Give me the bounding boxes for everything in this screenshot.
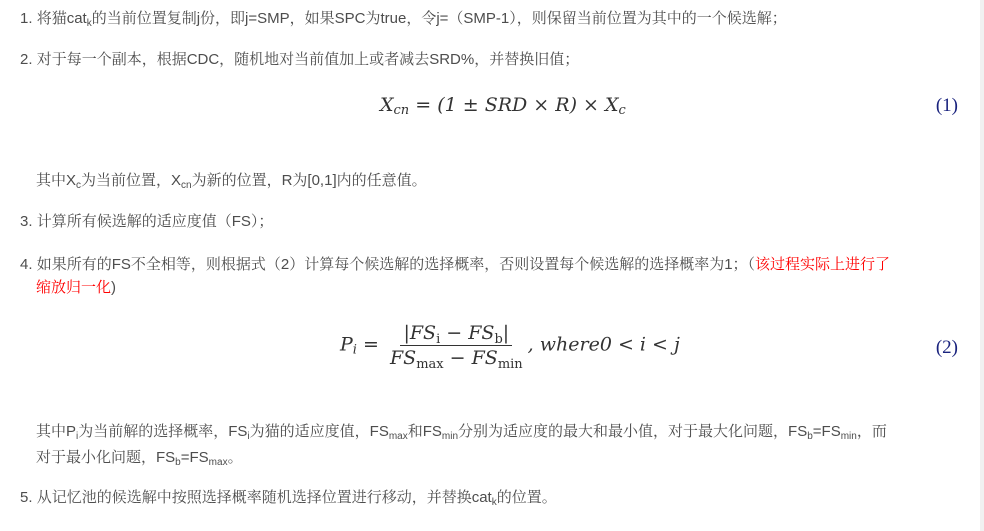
eq-condition: , where0 < i < j — [528, 334, 680, 356]
step-1: 1. 将猫catk的当前位置复制j份，即j=SMP，如果SPC为true，令j=… — [20, 8, 787, 30]
step-text: ) — [111, 279, 116, 296]
step-number: 1. — [20, 10, 33, 27]
step-3: 3. 计算所有候选解的适应度值（FS）； — [20, 211, 273, 233]
step-number: 4. — [20, 256, 33, 273]
subscript: cn — [181, 180, 192, 191]
equation-number-2: (2) — [936, 337, 958, 359]
eq-lhs: P — [340, 334, 353, 356]
step-text: 计算所有候选解的适应度值（FS）； — [37, 213, 274, 230]
note-text: 为新的位置，R为[0,1]内的任意值。 — [192, 172, 427, 189]
highlight-text: 缩放归一化 — [36, 279, 111, 296]
subscript: cn — [394, 103, 410, 118]
subscript: i — [353, 343, 357, 358]
fraction: |FSi − FSb| FSmax − FSmin — [387, 322, 526, 369]
highlight-text: 该过程实际上进行了 — [755, 256, 890, 273]
step-4-cont: 缩放归一化) — [36, 277, 116, 299]
step-text: 如果所有的FS不全相等，则根据式（2）计算每个候选解的选择概率，否则设置每个候选… — [37, 256, 755, 273]
note-text: 其中X — [36, 172, 76, 189]
eq-sign: = — [415, 94, 431, 116]
step-text: 的位置。 — [497, 489, 557, 506]
step-number: 3. — [20, 213, 33, 230]
note-text: 为当前位置，X — [81, 172, 181, 189]
equation-2: Pi = |FSi − FSb| FSmax − FSmin , where0 … — [340, 322, 680, 369]
step-number: 2. — [20, 51, 33, 68]
step-text: 对于每一个副本，根据CDC，随机地对当前值加上或者减去SRD%，并替换旧值； — [37, 51, 580, 68]
denominator: FSmax − FSmin — [387, 346, 526, 369]
note-2-line-1: 其中Pi为当前解的选择概率，FSi为猫的适应度值，FSmax和FSmin分别为适… — [36, 421, 887, 443]
step-5: 5. 从记忆池的候选解中按照选择概率随机选择位置进行移动，并替换catk的位置。 — [20, 487, 557, 509]
eq-sign: = — [363, 334, 379, 356]
step-2: 2. 对于每一个副本，根据CDC，随机地对当前值加上或者减去SRD%，并替换旧值… — [20, 49, 579, 71]
subscript: c — [619, 103, 626, 118]
step-text: 从记忆池的候选解中按照选择概率随机选择位置进行移动，并替换cat — [37, 489, 492, 506]
step-text: 的当前位置复制j份，即j=SMP，如果SPC为true，令j=（SMP-1），则… — [92, 10, 787, 27]
eq-lhs: X — [380, 94, 394, 116]
equation-1: Xcn = (1 ± SRD × R) × Xc — [380, 94, 626, 116]
numerator: |FSi − FSb| — [400, 322, 512, 346]
note-2-line-2: 对于最小化问题，FSb=FSmax。 — [36, 447, 243, 469]
note-1: 其中Xc为当前位置，Xcn为新的位置，R为[0,1]内的任意值。 — [36, 170, 427, 192]
equation-number-1: (1) — [936, 95, 958, 117]
scrollbar[interactable] — [980, 0, 984, 531]
step-text: 将猫cat — [37, 10, 87, 27]
eq-rhs: (1 ± SRD × R) × X — [437, 94, 618, 116]
step-4: 4. 如果所有的FS不全相等，则根据式（2）计算每个候选解的选择概率，否则设置每… — [20, 254, 890, 276]
step-number: 5. — [20, 489, 33, 506]
